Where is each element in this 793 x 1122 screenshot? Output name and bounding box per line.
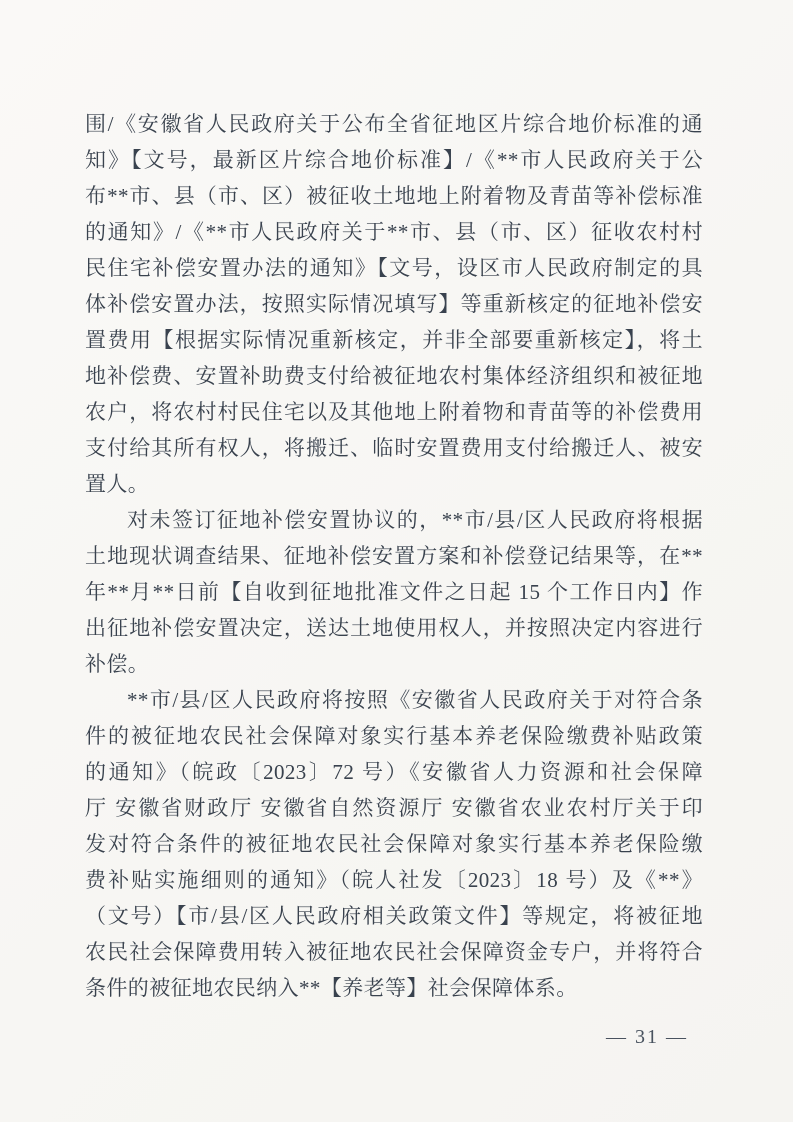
document-page: 围/《安徽省人民政府关于公布全省征地区片综合地价标准的通知》【文号，最新区片综合… bbox=[0, 0, 793, 1122]
text-line: 条件的被征地农民纳入**【养老等】社会保障体系。 bbox=[85, 970, 703, 1006]
text-line: 支付给其所有权人，将搬迁、临时安置费用支付给搬迁人、被安 bbox=[85, 430, 703, 466]
text-line: 对未签订征地补偿安置协议的，**市/县/区人民政府将根据 bbox=[85, 502, 703, 538]
text-line: 厅 安徽省财政厅 安徽省自然资源厅 安徽省农业农村厅关于印 bbox=[85, 790, 703, 826]
text-line: 地补偿费、安置补助费支付给被征地农村集体经济组织和被征地 bbox=[85, 358, 703, 394]
text-line: 民住宅补偿安置办法的通知》【文号，设区市人民政府制定的具 bbox=[85, 250, 703, 286]
text-line: 布**市、县（市、区）被征收土地地上附着物及青苗等补偿标准 bbox=[85, 178, 703, 214]
text-line: 件的被征地农民社会保障对象实行基本养老保险缴费补贴政策 bbox=[85, 718, 703, 754]
text-line: 的通知》（皖政〔2023〕72 号）《安徽省人力资源和社会保障 bbox=[85, 754, 703, 790]
text-line: 补偿。 bbox=[85, 646, 703, 682]
text-line: 农民社会保障费用转入被征地农民社会保障资金专户，并将符合 bbox=[85, 934, 703, 970]
text-line: （文号）【市/县/区人民政府相关政策文件】等规定，将被征地 bbox=[85, 898, 703, 934]
page-number: — 31 — bbox=[606, 1026, 688, 1049]
text-line: 年**月**日前【自收到征地批准文件之日起 15 个工作日内】作 bbox=[85, 574, 703, 610]
document-body: 围/《安徽省人民政府关于公布全省征地区片综合地价标准的通知》【文号，最新区片综合… bbox=[85, 106, 703, 1006]
text-line: 发对符合条件的被征地农民社会保障对象实行基本养老保险缴 bbox=[85, 826, 703, 862]
text-line: 置人。 bbox=[85, 466, 703, 502]
text-line: 置费用【根据实际情况重新核定，并非全部要重新核定】，将土 bbox=[85, 322, 703, 358]
text-line: 知》【文号，最新区片综合地价标准】/《**市人民政府关于公 bbox=[85, 142, 703, 178]
text-line: 农户，将农村村民住宅以及其他地上附着物和青苗等的补偿费用 bbox=[85, 394, 703, 430]
text-line: 体补偿安置办法，按照实际情况填写】等重新核定的征地补偿安 bbox=[85, 286, 703, 322]
text-line: **市/县/区人民政府将按照《安徽省人民政府关于对符合条 bbox=[85, 682, 703, 718]
text-line: 围/《安徽省人民政府关于公布全省征地区片综合地价标准的通 bbox=[85, 106, 703, 142]
text-line: 出征地补偿安置决定，送达土地使用权人，并按照决定内容进行 bbox=[85, 610, 703, 646]
text-line: 费补贴实施细则的通知》（皖人社发〔2023〕18 号）及《**》 bbox=[85, 862, 703, 898]
text-line: 的通知》/《**市人民政府关于**市、县（市、区）征收农村村 bbox=[85, 214, 703, 250]
text-line: 土地现状调查结果、征地补偿安置方案和补偿登记结果等，在** bbox=[85, 538, 703, 574]
